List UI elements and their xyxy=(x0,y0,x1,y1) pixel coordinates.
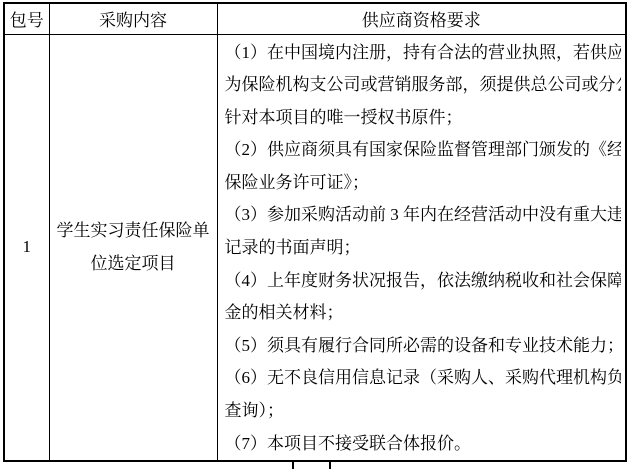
header-supplier-qualification: 供应商资格要求 xyxy=(217,3,626,34)
requirement-line: 查询）； xyxy=(225,395,622,428)
requirement-line: （2）供应商须具有国家保险监督管理部门颁发的《经营 xyxy=(225,134,622,167)
cell-package-no: 1 xyxy=(4,34,49,461)
header-procurement-content: 采购内容 xyxy=(49,3,217,34)
header-package-no: 包号 xyxy=(4,3,49,34)
table-row: 1 学生实习责任保险单 位选定项目 （1）在中国境内注册，持有合法的营业执照，若… xyxy=(4,34,626,461)
requirement-line: 为保险机构支公司或营销服务部，须提供总公司或分公司 xyxy=(225,69,622,102)
next-row-divider-stub xyxy=(292,461,294,469)
cell-procurement-content: 学生实习责任保险单 位选定项目 xyxy=(49,34,217,461)
procurement-requirements-table: 包号 采购内容 供应商资格要求 1 学生实习责任保险单 位选定项目 （1）在中国… xyxy=(3,2,627,462)
requirement-line: 记录的书面声明； xyxy=(225,232,622,265)
requirement-line: 针对本项目的唯一授权书原件； xyxy=(225,102,622,135)
table-header-row: 包号 采购内容 供应商资格要求 xyxy=(4,3,626,34)
content-line: 学生实习责任保险单 xyxy=(56,214,211,247)
requirement-line: （1）在中国境内注册，持有合法的营业执照，若供应商 xyxy=(225,37,622,70)
cell-supplier-requirements: （1）在中国境内注册，持有合法的营业执照，若供应商 为保险机构支公司或营销服务部… xyxy=(217,34,626,461)
requirement-line: （6）无不良信用信息记录（采购人、采购代理机构负责 xyxy=(225,362,622,395)
next-row-divider-stub xyxy=(329,461,331,469)
requirement-line: 保险业务许可证》； xyxy=(225,167,622,200)
requirement-line: （7）本项目不接受联合体报价。 xyxy=(225,428,622,461)
document-page: 包号 采购内容 供应商资格要求 1 学生实习责任保险单 位选定项目 （1）在中国… xyxy=(0,0,627,469)
requirement-line: （4）上年度财务状况报告，依法缴纳税收和社会保障资 xyxy=(225,265,622,298)
content-line: 位选定项目 xyxy=(56,247,211,280)
requirement-line: 金的相关材料； xyxy=(225,297,622,330)
requirement-line: （5）须具有履行合同所必需的设备和专业技术能力； xyxy=(225,330,622,363)
requirement-line: （3）参加采购活动前 3 年内在经营活动中没有重大违法 xyxy=(225,199,622,232)
